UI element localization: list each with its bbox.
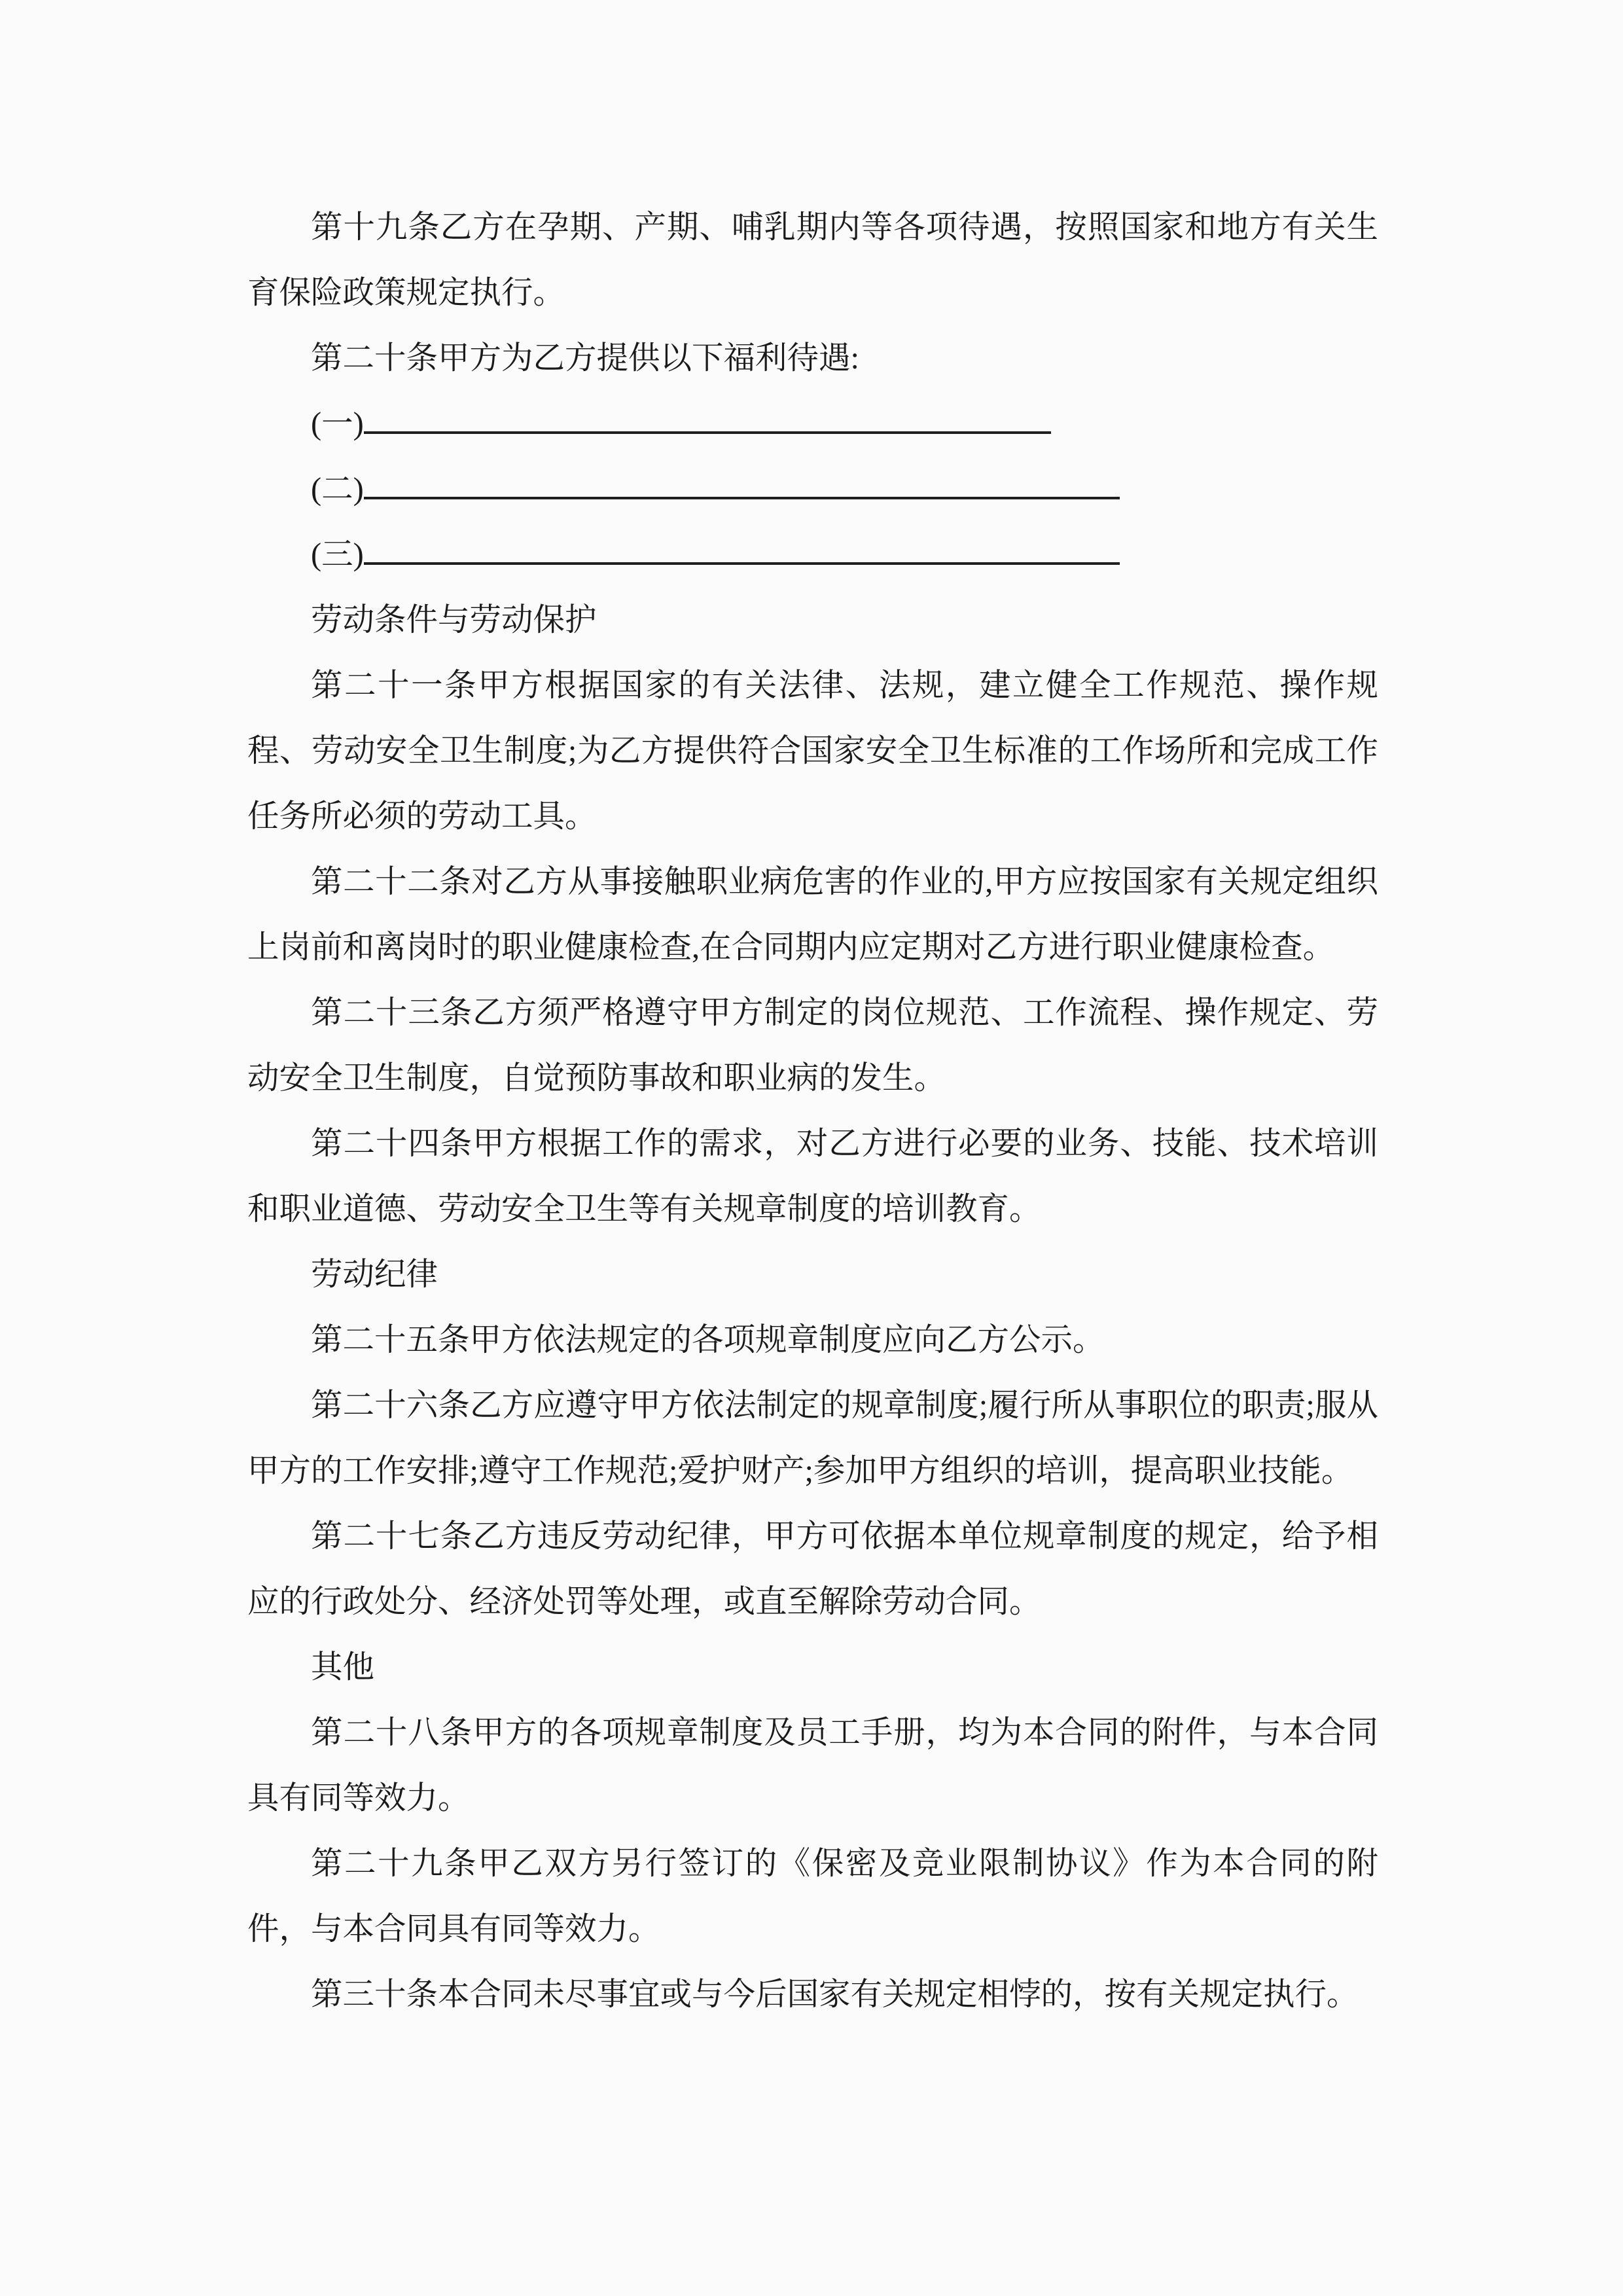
welfare-item-2-blank-field	[364, 468, 1120, 499]
welfare-item-3-blank-field	[364, 533, 1120, 565]
article-20-paragraph: 第二十条甲方为乙方提供以下福利待遇:	[247, 326, 1378, 391]
article-19-paragraph: 第十九条乙方在孕期、产期、哺乳期内等各项待遇，按照国家和地方有关生育保险政策规定…	[247, 195, 1378, 326]
article-24-paragraph: 第二十四条甲方根据工作的需求，对乙方进行必要的业务、技能、技术培训和职业道德、劳…	[247, 1111, 1378, 1242]
welfare-item-3-label: (三)	[311, 537, 364, 572]
article-27-paragraph: 第二十七条乙方违反劳动纪律，甲方可依据本单位规章制度的规定，给予相应的行政处分、…	[247, 1504, 1378, 1635]
section-heading-labor-discipline: 劳动纪律	[247, 1242, 1378, 1308]
contract-page: 第十九条乙方在孕期、产期、哺乳期内等各项待遇，按照国家和地方有关生育保险政策规定…	[0, 0, 1623, 2296]
welfare-item-2-label: (二)	[311, 472, 364, 507]
article-28-paragraph: 第二十八条甲方的各项规章制度及员工手册，均为本合同的附件，与本合同具有同等效力。	[247, 1700, 1378, 1831]
article-21-paragraph: 第二十一条甲方根据国家的有关法律、法规，建立健全工作规范、操作规程、劳动安全卫生…	[247, 653, 1378, 850]
article-29-paragraph: 第二十九条甲乙双方另行签订的《保密及竞业限制协议》作为本合同的附件，与本合同具有…	[247, 1831, 1378, 1962]
welfare-item-2-row: (二)	[247, 457, 1378, 522]
article-26-paragraph: 第二十六条乙方应遵守甲方依法制定的规章制度;履行所从事职位的职责;服从甲方的工作…	[247, 1373, 1378, 1504]
article-30-paragraph: 第三十条本合同未尽事宜或与今后国家有关规定相悖的，按有关规定执行。	[247, 1962, 1378, 2028]
welfare-item-1-row: (一)	[247, 391, 1378, 457]
article-22-paragraph: 第二十二条对乙方从事接触职业病危害的作业的,甲方应按国家有关规定组织上岗前和离岗…	[247, 850, 1378, 980]
article-25-paragraph: 第二十五条甲方依法规定的各项规章制度应向乙方公示。	[247, 1308, 1378, 1373]
welfare-item-1-blank-field	[364, 403, 1051, 434]
article-23-paragraph: 第二十三条乙方须严格遵守甲方制定的岗位规范、工作流程、操作规定、劳动安全卫生制度…	[247, 980, 1378, 1111]
section-heading-labor-conditions: 劳动条件与劳动保护	[247, 588, 1378, 653]
welfare-item-1-label: (一)	[311, 406, 364, 441]
section-heading-other: 其他	[247, 1635, 1378, 1700]
welfare-item-3-row: (三)	[247, 522, 1378, 588]
